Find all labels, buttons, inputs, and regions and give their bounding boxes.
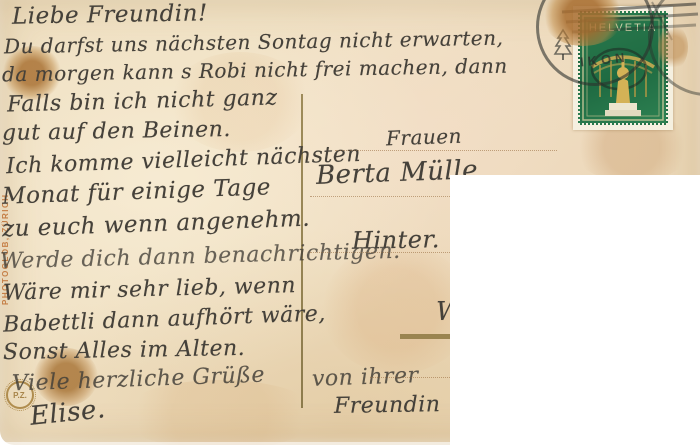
postmark-killer-bars bbox=[556, 0, 700, 46]
address-dotted-line bbox=[335, 150, 557, 151]
signature: Elise. bbox=[29, 394, 107, 432]
message-line: Werde dich dann benachrichtigen. bbox=[0, 239, 401, 274]
message-line: Ich komme vielleicht nächsten bbox=[6, 142, 362, 179]
address-street: Hinter. bbox=[352, 225, 440, 255]
message-line: Du darfst uns nächsten Sontag nicht erwa… bbox=[4, 26, 504, 59]
address-salutation: Frauen bbox=[386, 124, 463, 151]
message-line: Falls bin ich nicht ganz bbox=[7, 85, 278, 117]
blanked-region bbox=[450, 175, 700, 445]
message-line: gut auf den Beinen. bbox=[2, 117, 231, 146]
message-line: Wäre mir sehr lieb, wenn bbox=[3, 273, 297, 306]
message-line: Sonst Alles im Alten. bbox=[3, 336, 246, 365]
closing-line: Freundin bbox=[334, 392, 441, 419]
message-line: Babettli dann aufhört wäre, bbox=[3, 301, 327, 337]
message-line: Viele herzliche Grüße bbox=[12, 363, 266, 397]
message-line: Liebe Freundin! bbox=[12, 0, 208, 29]
message-line: da morgen kann s Robi nicht frei machen,… bbox=[2, 54, 508, 87]
address-dotted-line bbox=[370, 377, 458, 378]
postcard-back: PHOTOGLOB, ZÜRICH P.Z. Liebe Freundin! D… bbox=[0, 0, 700, 445]
scan-artifact-bar bbox=[400, 334, 452, 339]
message-line: zu euch wenn angenehm. bbox=[2, 206, 311, 243]
address-dotted-line bbox=[310, 196, 452, 197]
message-line: Monat für einige Tage bbox=[2, 174, 272, 209]
